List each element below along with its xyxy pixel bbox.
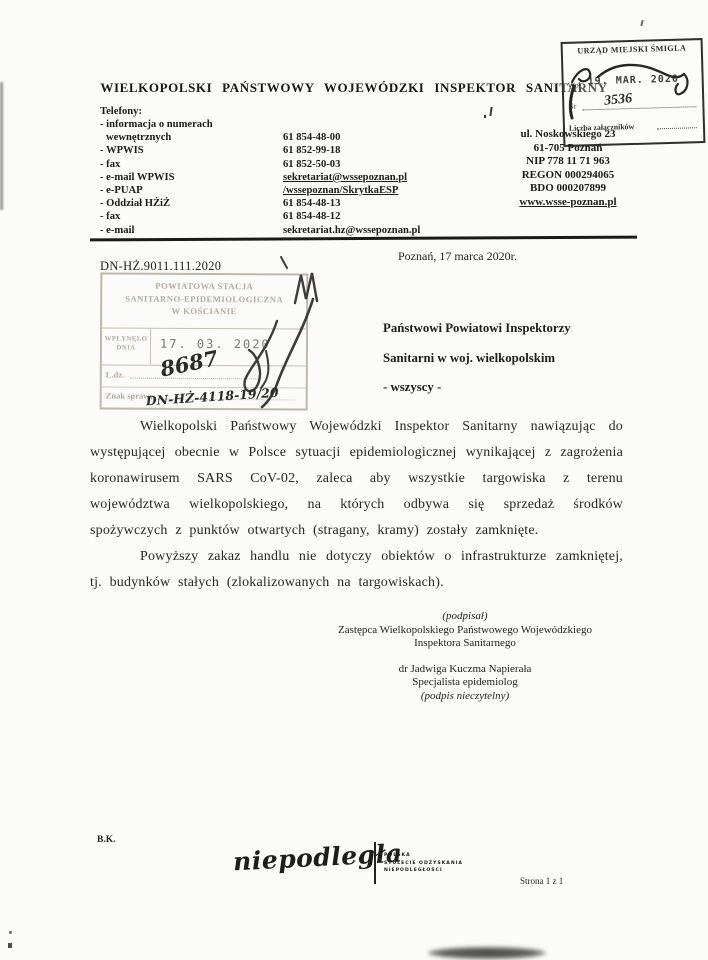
letter-body: Wielkopolski Państwowy Wojewódzki Inspek… [90,414,623,596]
intake-stamp-office: URZĄD MIEJSKI ŚMIGLA [563,43,701,56]
received-stamp-office-line: W KOŚCIANIE [102,304,306,318]
email-address: sekretariat.hz@wssepoznan.pl [283,224,420,237]
page-indicator: Strona 1 z 1 [520,876,563,886]
recipient-line: - wszyscy - [383,373,571,403]
recipient-line: Sanitarni w woj. wielkopolskim [383,344,571,374]
contact-label: - informacja o numerach [100,118,213,131]
contact-row: - informacja o numerach [100,118,470,131]
stamp-grid-line [102,327,306,329]
stamp-grid-line [150,328,151,365]
email-address: sekretariat@wssepoznan.pl [283,171,407,184]
contact-label: - e-mail WPWIS [100,171,175,184]
contact-label: - fax [100,158,120,171]
recipient-block: Państwowi Powiatowi Inspektorzy Sanitarn… [383,314,571,403]
logo-caption: POLSKA STULECIE ODZYSKANIA NIEPODLEGŁOŚC… [384,852,463,875]
clerk-initials: B.K. [97,835,115,845]
handwritten-number: 3536 [604,91,633,110]
dotted-leader [130,378,260,380]
received-stamp-office-line: POWIATOWA STACJA [102,279,306,293]
website-url: www.wsse-poznan.pl [468,196,668,210]
phone-number: 61 854-48-00 [283,131,340,144]
dotted-leader [582,106,696,110]
dateline: Poznań, 17 marca 2020r. [398,249,517,264]
contact-label: - e-mail [100,224,134,237]
scan-smudge-artifact [428,947,546,959]
address-block: ul. Noskowskiego 23 61-705 Poznań NIP 77… [468,128,668,209]
address-line: ul. Noskowskiego 23 [468,128,668,142]
ldz-label: L.dz. [106,369,124,379]
contact-row: - fax 61 852-50-03 [100,158,470,171]
logo-caption-line: NIEPODLEGŁOŚCI [384,867,463,875]
illegible-signature-note: (podpis nieczytelny) [300,690,630,704]
contact-row: - fax 61 854-48-12 [100,210,470,223]
signature-block: (podpisał) Zastępca Wielkopolskiego Pańs… [300,610,630,703]
intake-stamp-date: 19. MAR. 2020 [588,74,680,88]
contact-row: - Oddział HŻiŻ 61 854-48-13 [100,197,470,210]
signed-note: (podpisał) [300,610,630,624]
contact-label: - e-PUAP [100,184,143,197]
contact-row: wewnętrznych 61 854-48-00 [100,131,470,144]
scan-dot-artifact [9,931,12,934]
address-line: 61-705 Poznań [468,142,668,156]
phone-number: 61 854-48-13 [283,197,340,210]
logo-caption-line: STULECIE ODZYSKANIA [384,860,463,868]
phone-number: 61 854-48-12 [283,210,340,223]
contact-label: - fax [100,210,120,223]
signer-role: Specjalista epidemiolog [300,676,630,690]
contact-label: - WPWIS [100,144,144,157]
intake-stamp-number-row: Nr 3536 [568,96,698,114]
contact-row: - e-mail WPWIS sekretariat@wssepoznan.pl [100,171,470,184]
phone-number: 61 852-50-03 [283,158,340,171]
scan-mark-artifact [489,107,492,116]
received-stamp-office: POWIATOWA STACJA SANITARNO-EPIDEMIOLOGIC… [102,279,306,318]
logo-caption-line: POLSKA [384,852,463,860]
contact-row: - e-PUAP /wssepoznan/SkrytkaESP [100,184,470,197]
contact-label: - Oddział HŻiŻ [100,197,170,210]
received-stamp-label: WPŁYNĘŁO DNIA [104,334,148,352]
intake-stamp-received-label: Wpł. [568,80,583,89]
received-stamp: POWIATOWA STACJA SANITARNO-EPIDEMIOLOGIC… [100,272,309,410]
address-line: NIP 778 11 71 963 [468,155,668,169]
signer-title-line: Inspektora Sanitarnego [300,637,630,651]
phone-number: 61 852-99-18 [283,144,340,157]
scan-dot-artifact [8,943,12,948]
contact-block: Telefony: - informacja o numerach wewnęt… [100,106,470,237]
contact-row: - WPWIS 61 852-99-18 [100,144,470,157]
intake-stamp-date-row: Wpł. 19. MAR. 2020 [568,73,698,91]
signer-title-line: Zastępca Wielkopolskiego Państwowego Woj… [300,624,630,638]
scan-mark-artifact [484,115,486,118]
address-line: BDO 000207899 [468,182,668,196]
logo-divider-bar [374,842,376,884]
niepodlegla-logo-script: niepodległa [232,839,403,877]
address-line: REGON 000294065 [468,169,668,183]
handwritten-case-value: DN-HŻ-4118-19/20 [145,385,279,409]
signer-name: dr Jadwiga Kuczma Napierała [300,663,630,677]
contacts-heading: Telefony: [100,106,470,117]
signature-spacer [300,651,630,663]
contact-label: wewnętrznych [106,131,171,144]
recipient-line: Państwowi Powiatowi Inspektorzy [383,314,571,344]
epuap-address: /wssepoznan/SkrytkaESP [283,184,398,197]
received-stamp-office-line: SANITARNO-EPIDEMIOLOGICZNA [102,292,306,306]
body-paragraph: Powyższy zakaz handlu nie dotyczy obiekt… [90,544,623,596]
scan-edge-artifact [0,82,3,210]
scanned-letter-page: WIELKOPOLSKI PAŃSTWOWY WOJEWÓDZKI INSPEK… [0,0,708,960]
contact-row: - e-mail sekretariat.hz@wssepoznan.pl [100,224,470,237]
scan-mark-artifact [640,20,643,26]
intake-stamp-number-label: Nr [568,102,576,111]
body-paragraph: Wielkopolski Państwowy Wojewódzki Inspek… [90,414,623,544]
